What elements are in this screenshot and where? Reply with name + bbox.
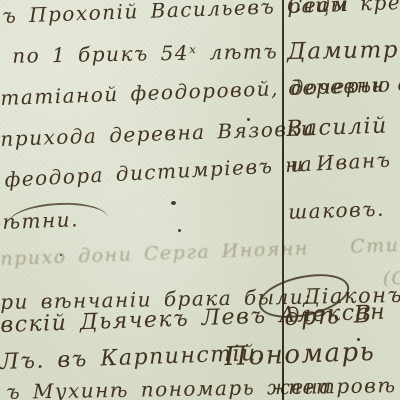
manuscript-line: ъ Мухинѣ пономарь женапетровѣ и: [0, 373, 400, 380]
manuscript-page: ъ Прохопій Васильевъ Седмрацы крепо 1 бр…: [0, 0, 400, 400]
handwriting-segment: Сти: [350, 234, 400, 258]
manuscript-line: по 1 брикъ 54ˣ лѣтъДамитріевъ: [0, 37, 400, 44]
ink-speck: [171, 201, 176, 205]
handwriting-segment: петровѣ и: [288, 373, 400, 399]
handwriting-segment: прихо дони Серга Иноянн: [0, 237, 309, 270]
manuscript-line: феодора дистимріевъ наи Иванъ У: [0, 147, 399, 168]
column-rule-line: [282, 0, 284, 400]
handwriting-segment: ѣтни.: [2, 207, 79, 234]
handwriting-segment: феодора дистимріевъ на: [4, 152, 314, 192]
handwriting-segment: прихода деревна Вязовки: [0, 116, 316, 151]
handwriting-segment: по 1 брикъ 54ˣ лѣтъ: [12, 39, 278, 68]
manuscript-line: ри вѣнчаніи брака были:Діаконъ: [0, 283, 400, 290]
handwriting-segment: Василій Ча: [286, 112, 400, 142]
handwriting-segment: деревни с: [288, 72, 400, 100]
handwriting-segment: Дамитріевъ: [287, 36, 400, 65]
manuscript-line: татіаной феодоровой, дочерьюдеревни с: [0, 72, 400, 86]
manuscript-line: прихода деревна ВязовкиВасилій Ча: [0, 113, 400, 127]
handwriting-segment: и Иванъ У: [290, 146, 400, 177]
handwriting-segment: рацы кре: [287, 0, 400, 18]
manuscript-line: Лъ. въ Карпинстій.Пономарь: [0, 336, 400, 350]
handwriting-segment: шаковъ.: [288, 197, 385, 224]
manuscript-line: ъ Прохопій Васильевъ Седмрацы кре: [0, 0, 400, 4]
handwriting-segment: дрѣ В: [284, 300, 373, 331]
manuscript-line: прихо дони Серга ИнояннСти: [0, 234, 400, 248]
handwriting-segment: Пономарь: [224, 337, 376, 372]
ink-speck: [178, 229, 181, 232]
